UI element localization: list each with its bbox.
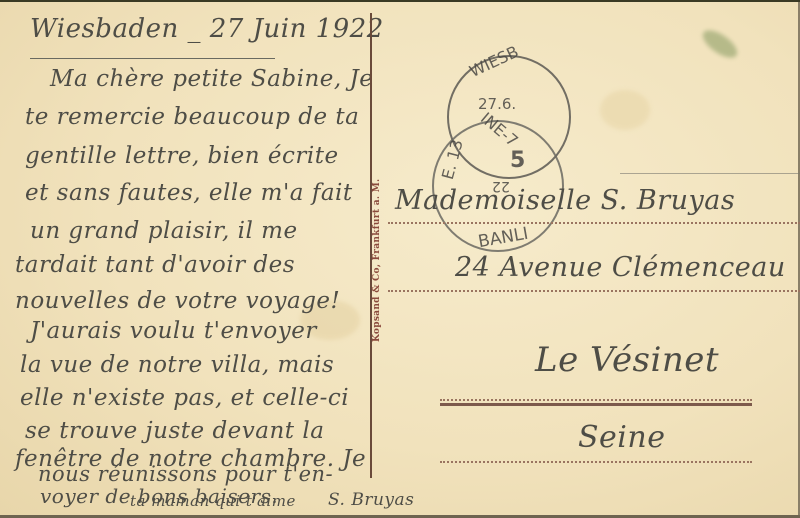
postmark-text: 27.6.	[478, 95, 516, 113]
address-solid-line	[440, 403, 752, 406]
message-line: nouvelles de votre voyage!	[15, 288, 340, 314]
message-line: un grand plaisir, il me	[30, 218, 298, 244]
stamp-area-line	[620, 173, 800, 174]
address-dotted-line	[388, 222, 800, 224]
address-dotted-line	[440, 399, 752, 401]
green-stain	[698, 25, 741, 63]
address-line-3: Le Vésinet	[535, 340, 719, 380]
address-line-2: 24 Avenue Clémenceau	[455, 252, 786, 283]
age-spot	[600, 90, 650, 130]
message-line: te remercie beaucoup de ta	[25, 104, 359, 130]
message-line: gentille lettre, bien écrite	[25, 143, 339, 169]
address-dotted-line	[440, 461, 752, 463]
message-line: elle n'existe pas, et celle-ci	[20, 385, 349, 411]
message-line: J'aurais voulu t'envoyer	[30, 318, 317, 344]
message-line: la vue de notre villa, mais	[20, 352, 334, 378]
date-underline	[30, 58, 275, 59]
message-line: tardait tant d'avoir des	[15, 252, 295, 278]
postcard-back: Wiesbaden _ 27 Juin 1922 Ma chère petite…	[0, 0, 800, 518]
message-line: Ma chère petite Sabine, Je	[50, 66, 373, 92]
date-line: Wiesbaden _ 27 Juin 1922	[30, 14, 384, 44]
signature: S. Bruyas	[328, 490, 414, 510]
publisher-imprint: Kopsand & Co, Frankfurt a. M.	[372, 179, 382, 342]
address-line-4: Seine	[578, 420, 665, 455]
address-dotted-line	[388, 290, 800, 292]
postmark-text: 5	[510, 148, 525, 173]
closing-line: ta maman qui t'aime	[130, 492, 296, 510]
address-line-1: Mademoiselle S. Bruyas	[395, 185, 735, 216]
message-line: se trouve juste devant la	[25, 418, 324, 444]
message-line: nous réunissons pour t'en-	[38, 462, 333, 486]
message-line: et sans fautes, elle m'a fait	[25, 180, 353, 206]
